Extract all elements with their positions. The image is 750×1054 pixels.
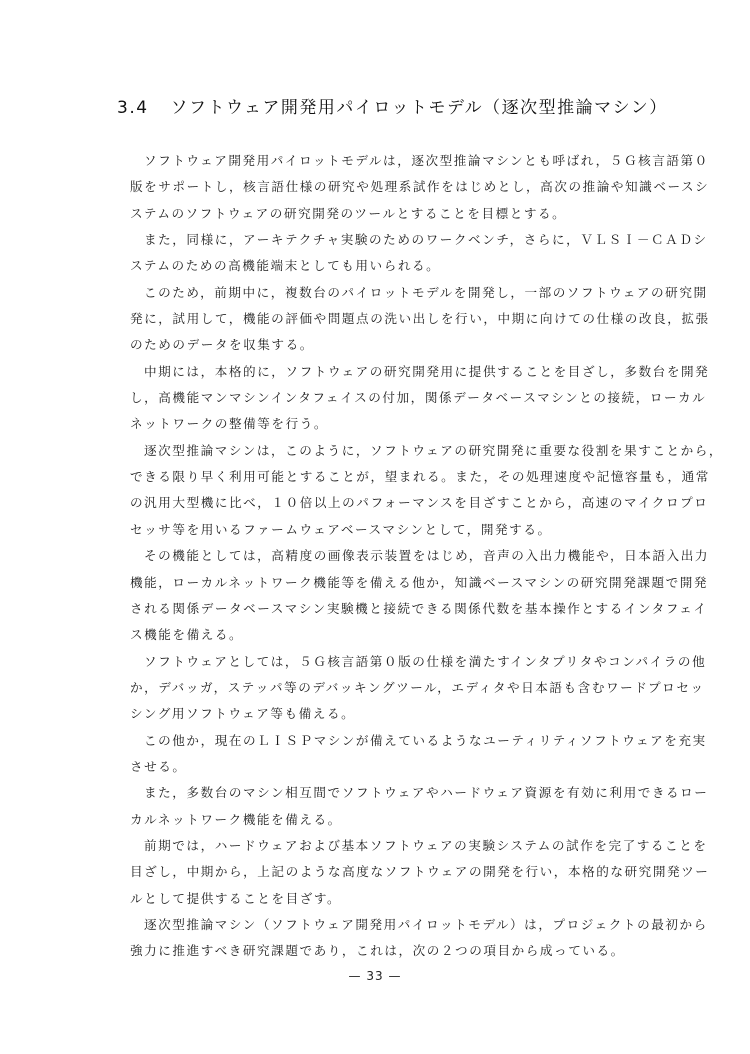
body-text: ソフトウェア開発用パイロットモデルは，逐次型推論マシンとも呼ばれ，５Ｇ核言語第０… [130, 148, 690, 965]
text-line: その機能としては，高精度の画像表示装置をはじめ，音声の入出力機能や，日本語入出力 [130, 543, 690, 569]
section-number: 3.4 [117, 98, 149, 118]
text-line: ソフトウェア開発用パイロットモデルは，逐次型推論マシンとも呼ばれ，５Ｇ核言語第０ [130, 148, 690, 174]
text-line: カルネットワーク機能を備える。 [130, 807, 690, 833]
text-line: 中期には，本格的に，ソフトウェアの研究開発用に提供することを目ざし，多数台を開発 [130, 359, 690, 385]
section-heading: 3.4ソフトウェア開発用パイロットモデル（逐次型推論マシン） [117, 93, 668, 118]
text-line: 機能，ローカルネットワーク機能等を備える他か，知識ベースマシンの研究開発課題で開… [130, 570, 690, 596]
text-line: このため，前期中に，複数台のパイロットモデルを開発し，一部のソフトウェアの研究開 [130, 280, 690, 306]
text-line: 目ざし，中期から，上記のような高度なソフトウェアの開発を行い，本格的な研究開発ツ… [130, 859, 690, 885]
section-title: ソフトウェア開発用パイロットモデル（逐次型推論マシン） [171, 98, 668, 118]
page-number: — 33 — [0, 969, 750, 983]
text-line: 発に，試用して，機能の評価や問題点の洗い出しを行い，中期に向けての仕様の改良，拡… [130, 306, 690, 332]
text-line: か，デバッガ，ステッパ等のデバッキングツール，エディタや日本語も含むワードプロセ… [130, 675, 690, 701]
text-line: また，同様に，アーキテクチャ実験のためのワークベンチ，さらに，ＶＬＳＩ－ＣＡＤシ [130, 227, 690, 253]
text-line: 逐次型推論マシン（ソフトウェア開発用パイロットモデル）は，プロジェクトの最初から [130, 912, 690, 938]
text-line: ソフトウェアとしては，５Ｇ核言語第０版の仕様を満たすインタプリタやコンパイラの他 [130, 649, 690, 675]
text-line: ルとして提供することを目ざす。 [130, 886, 690, 912]
text-line: ス機能を備える。 [130, 622, 690, 648]
text-line: シング用ソフトウェア等も備える。 [130, 701, 690, 727]
text-line: ステムのための高機能端末としても用いられる。 [130, 253, 690, 279]
text-line: できる限り早く利用可能とすることが，望まれる。また，その処理速度や記憶容量も，通… [130, 464, 690, 490]
text-line: また，多数台のマシン相互間でソフトウェアやハードウェア資源を有効に利用できるロー [130, 780, 690, 806]
text-line: し，高機能マンマシンインタフェイスの付加，関係データベースマシンとの接続，ローカ… [130, 385, 690, 411]
text-line: 版をサポートし，核言語仕様の研究や処理系試作をはじめとし，高次の推論や知識ベース… [130, 174, 690, 200]
text-line: ネットワークの整備等を行う。 [130, 411, 690, 437]
text-line: 前期では，ハードウェアおよび基本ソフトウェアの実験システムの試作を完了することを [130, 833, 690, 859]
text-line: させる。 [130, 754, 690, 780]
document-page: 3.4ソフトウェア開発用パイロットモデル（逐次型推論マシン） ソフトウェア開発用… [0, 0, 750, 1054]
text-line: 強力に推進すべき研究課題であり，これは，次の２つの項目から成っている。 [130, 938, 690, 964]
text-line: の汎用大型機に比べ，１０倍以上のパフォーマンスを目ざすことから，高速のマイクロプ… [130, 490, 690, 516]
text-line: この他か，現在のＬＩＳＰマシンが備えているようなユーティリティソフトウェアを充実 [130, 728, 690, 754]
text-line: される関係データベースマシン実験機と接続できる関係代数を基本操作とするインタフェ… [130, 596, 690, 622]
text-line: セッサ等を用いるファームウェアベースマシンとして，開発する。 [130, 517, 690, 543]
text-line: のためのデータを収集する。 [130, 332, 690, 358]
text-line: ステムのソフトウェアの研究開発のツールとすることを目標とする。 [130, 201, 690, 227]
text-line: 逐次型推論マシンは，このように，ソフトウェアの研究開発に重要な役割を果すことから… [130, 438, 690, 464]
